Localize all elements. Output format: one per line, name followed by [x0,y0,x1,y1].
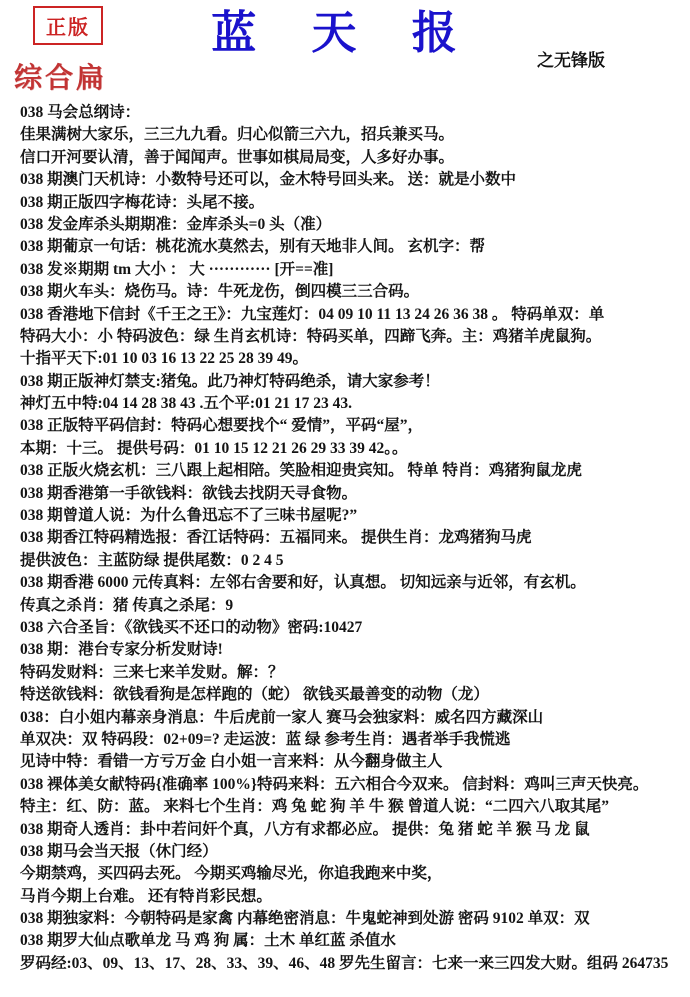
text-line: 见诗中特：看错一方亏万金 白小姐一言来料：从今翻身做主人 [20,751,686,773]
text-line: 特送欲钱料：欲钱看狗是怎样跑的（蛇） 欲钱买最善变的动物（龙） [20,684,686,706]
text-line: 038 期正版神灯禁支:猪兔。此乃神灯特码绝杀，请大家参考！ [20,371,686,393]
text-line: 罗码经:03、09、13、17、28、33、39、46、48 罗先生留言：七来一… [20,953,686,975]
text-line: 038：白小姐内幕亲身消息：牛后虎前一家人 赛马会独家料：威名四方藏深山 [20,707,686,729]
edition-subtitle: 之无锋版 [537,46,605,71]
text-line: 马肖今期上台难。 还有特肖彩民想。 [20,886,686,908]
text-line: 038 期葡京一句话：桃花流水莫然去，别有天地非人间。 玄机字：帮 [20,236,686,258]
text-line: 今期禁鸡，买四码去死。 今期买鸡输尽光，你追我跑来中奖， [20,863,686,885]
text-line: 038 期独家料：今朝特码是家禽 内幕绝密消息：牛鬼蛇神到处游 密码 9102 … [20,908,686,930]
text-line: 信口开河要认清，善于闻闻声。世事如棋局局变，人多好办事。 [20,147,686,169]
text-line: 038 期香港第一手欲钱料：欲钱去找阴天寻食物。 [20,483,686,505]
text-line: 038 期曾道人说：为什么鲁迅忘不了三味书屋呢?” [20,505,686,527]
text-line: 038 正版火烧玄机：三八跟上起相陪。笑脸相迎贵宾知。 特单 特肖：鸡猪狗鼠龙虎 [20,460,686,482]
text-line: 038 发※期期 tm 大小 ： 大 ············ [开==准] [20,259,686,281]
text-line: 特码大小：小 特码波色：绿 生肖玄机诗：特码买单，四蹄飞奔。主：鸡猪羊虎鼠狗。 [20,326,686,348]
genuine-edition-badge: 正版 [33,6,103,45]
text-line: 038 期澳门天机诗：小数特号还可以，金木特号回头来。 送：就是小数中 [20,169,686,191]
text-line: 038 期：港台专家分析发财诗! [20,639,686,661]
text-line: 038 期马会当天报（休门经） [20,841,686,863]
text-line: 038 马会总纲诗： [20,102,686,124]
text-line: 038 期香江特码精选报：香江话特码：五福同来。 提供生肖：龙鸡猪狗马虎 [20,527,686,549]
body-lines: 038 马会总纲诗：佳果满树大家乐，三三九九看。归心似箭三六九，招兵兼买马。信口… [20,102,686,975]
page-title: 蓝 天 报 [150,0,540,61]
text-line: 本期：十三。 提供号码：01 10 15 12 21 26 29 33 39 4… [20,438,686,460]
text-line: 神灯五中特:04 14 28 38 43 .五个平:01 21 17 23 43… [20,393,686,415]
text-line: 038 期罗大仙点歌单龙 马 鸡 狗 属：土木 单红蓝 杀值水 [20,930,686,952]
text-line: 038 香港地下信封《千王之王》：九宝莲灯：04 09 10 11 13 24 … [20,304,686,326]
text-line: 038 正版特平码信封：特码心想要找个“ 爱情”，平码“屋”， [20,415,686,437]
section-title: 综合扁 [14,56,107,96]
text-line: 特主：红、防：蓝。 来料七个生肖：鸡 兔 蛇 狗 羊 牛 猴 曾道人说：“二四六… [20,796,686,818]
text-line: 特码发财料：三来七来羊发财。解：？ [20,662,686,684]
text-line: 佳果满树大家乐，三三九九看。归心似箭三六九，招兵兼买马。 [20,124,686,146]
text-line: 十指平天下:01 10 03 16 13 22 25 28 39 49。 [20,348,686,370]
text-line: 038 期火车头：烧伤马。诗：牛死龙伤，倒四模三三合码。 [20,281,686,303]
text-line: 038 裸体美女献特码{准确率 100%}特码来料：五六相合今双来。 信封料：鸡… [20,774,686,796]
newspaper-page: 正版 蓝 天 报 之无锋版 综合扁 038 马会总纲诗：佳果满树大家乐，三三九九… [0,0,690,997]
text-line: 038 期香港 6000 元传真料：左邻右舍要和好，认真想。 切知远亲与近邻，有… [20,572,686,594]
text-line: 单双决：双 特码段：02+09=? 走运波：蓝 绿 参考生肖：遇者举手我慌逃 [20,729,686,751]
text-line: 038 期正版四字梅花诗：头尾不接。 [20,192,686,214]
text-line: 038 期奇人透肖：卦中若问奸个真，八方有求都必应。 提供：兔 猪 蛇 羊 猴 … [20,819,686,841]
text-line: 038 六合圣旨：《欲钱买不还口的动物》密码:10427 [20,617,686,639]
text-line: 传真之杀肖：猪 传真之杀尾：9 [20,595,686,617]
text-line: 038 发金库杀头期期准：金库杀头=0 头（准） [20,214,686,236]
text-line: 提供波色：主蓝防绿 提供尾数：0 2 4 5 [20,550,686,572]
